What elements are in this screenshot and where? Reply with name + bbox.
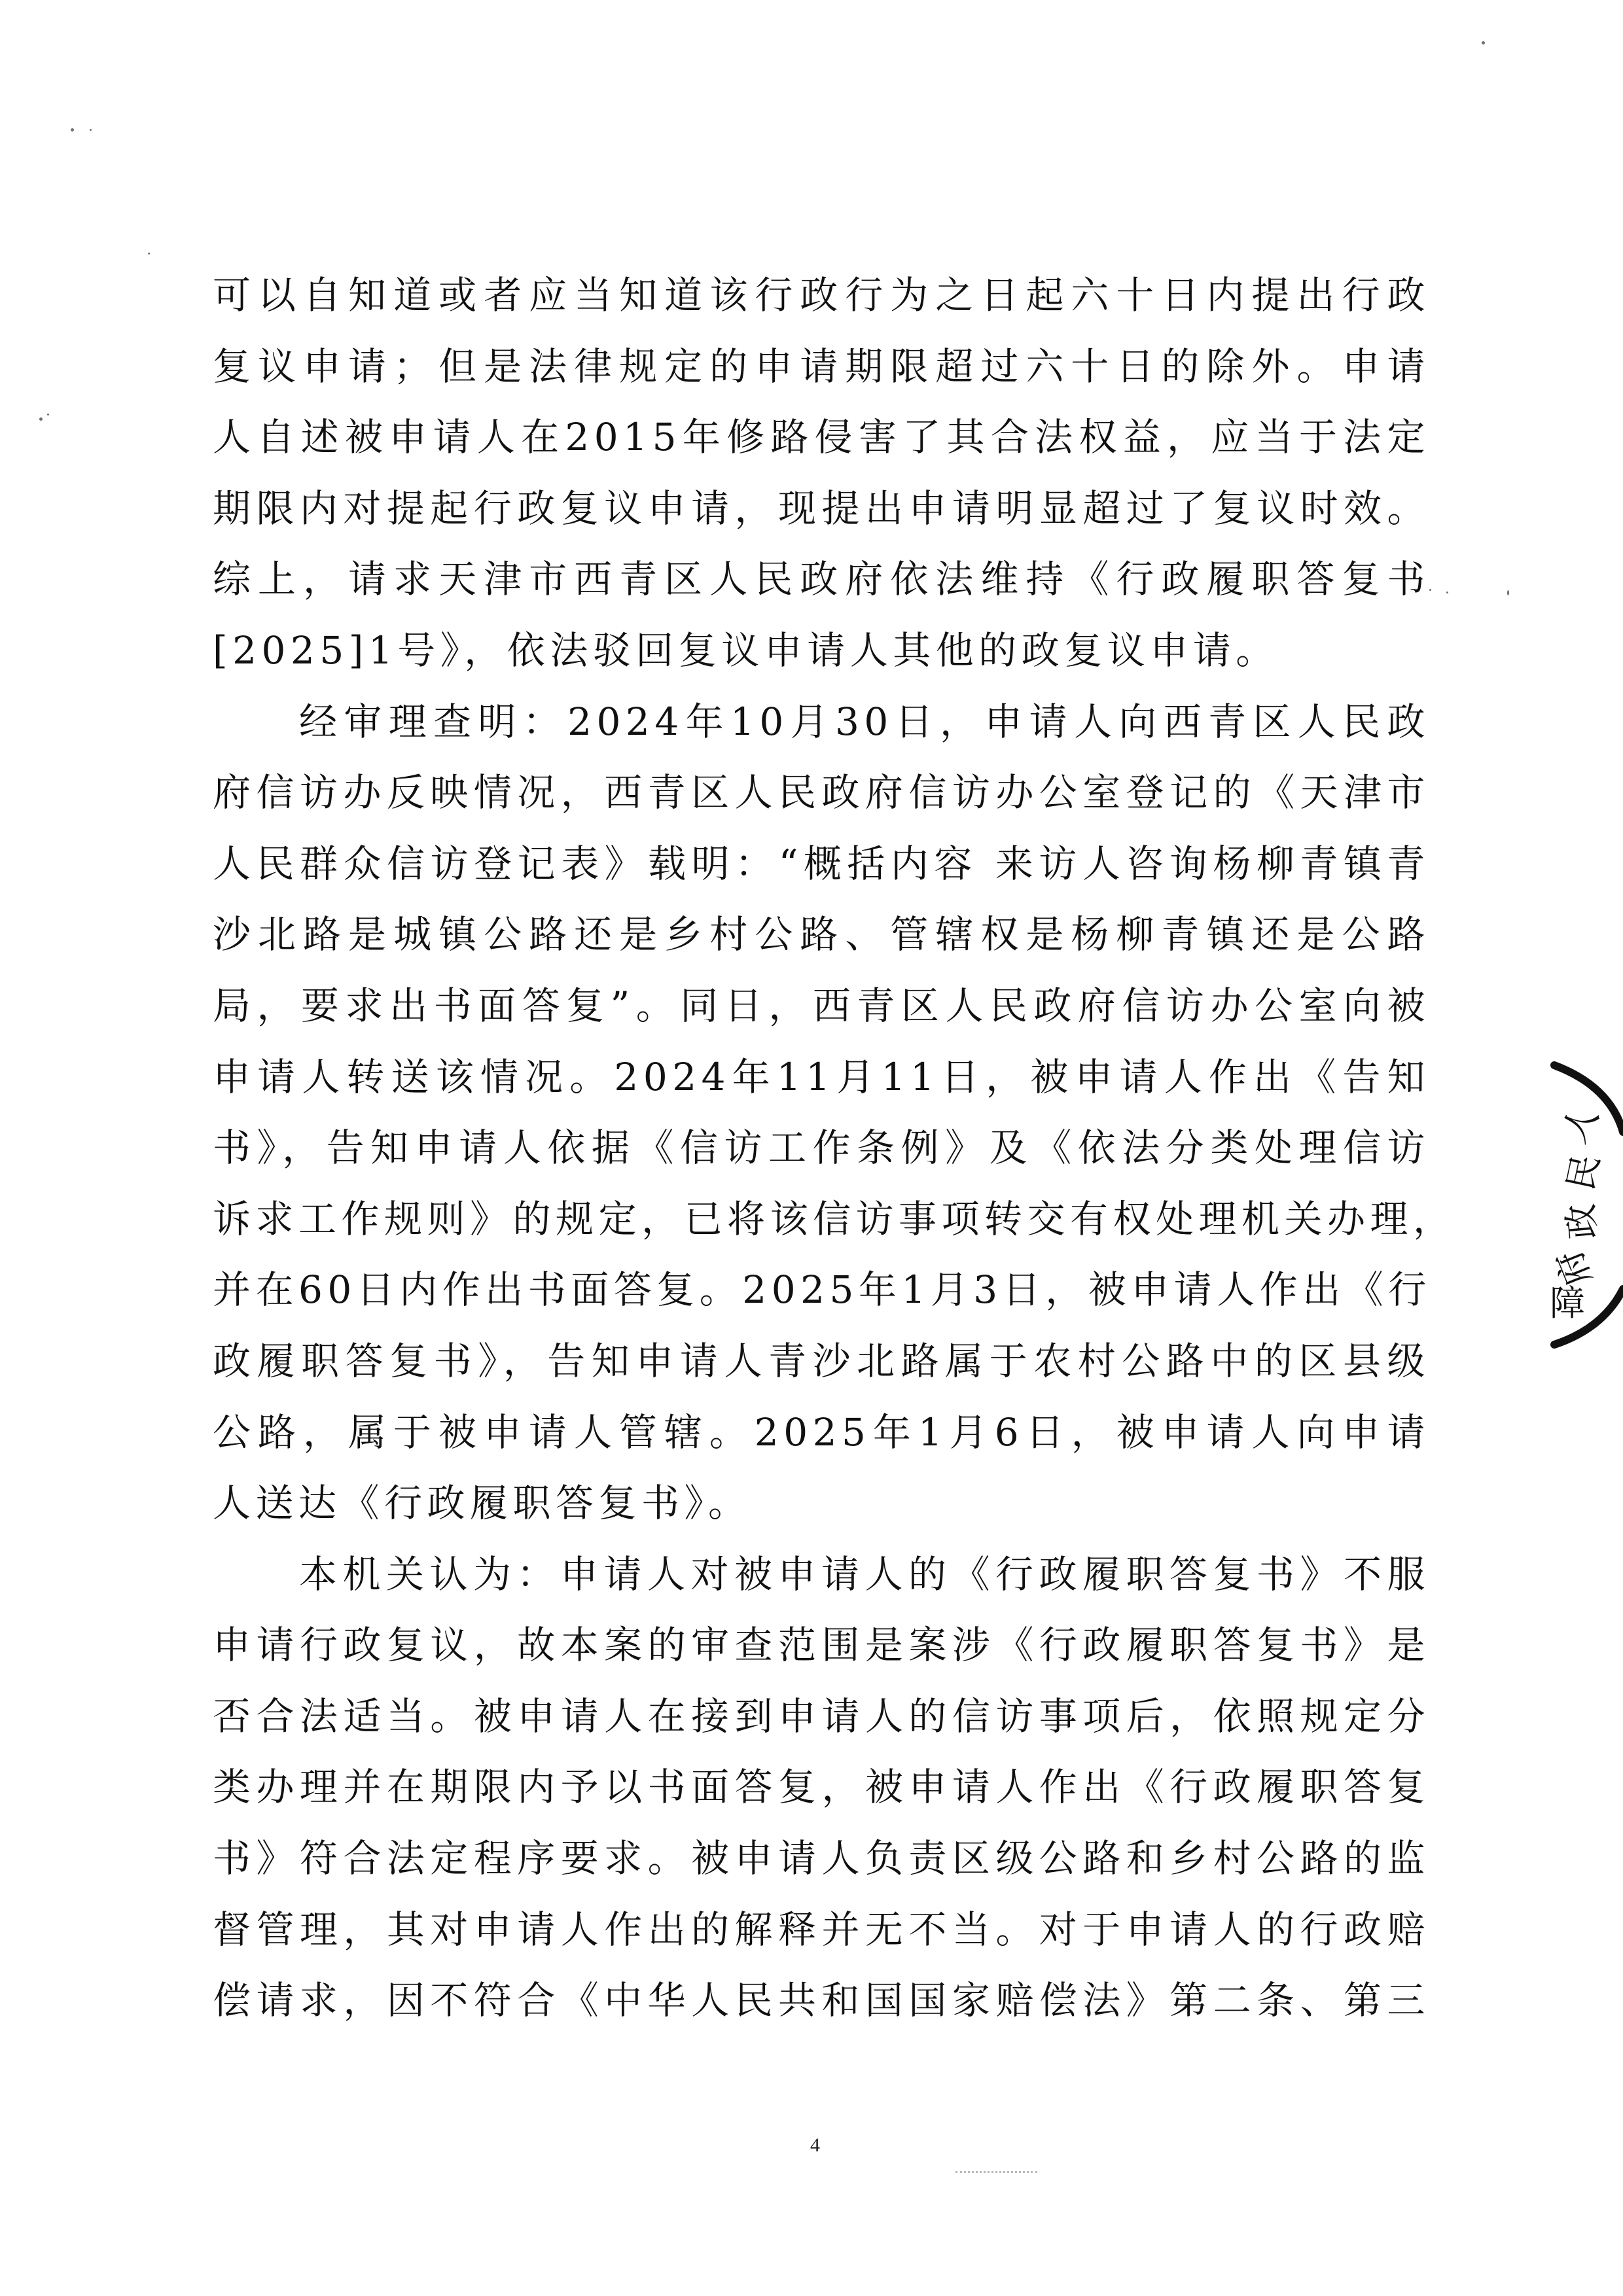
text-line: 人自述被申请人在2015年修路侵害了其合法权益，应当于法定 [213,402,1430,473]
text-line: 督管理，其对申请人作出的解释并无不当。对于申请人的行政赔 [213,1894,1430,1966]
text-line: 偿请求，因不符合《中华人民共和国国家赔偿法》第二条、第三 [213,1965,1430,2036]
scan-speck [1446,592,1448,593]
text-line: 诉求工作规则》的规定，已将该信访事项转交有权处理机关办理， [213,1184,1430,1255]
text-line: 并在60日内作出书面答复。2025年1月3日，被申请人作出《行 [213,1254,1430,1326]
scan-speck [1429,589,1431,591]
scan-artifact [955,2171,1037,2176]
page-number: 4 [810,2134,820,2157]
text-line: 本机关认为：申请人对被申请人的《行政履职答复书》不服 [213,1539,1430,1610]
text-line: [2025]1号》，依法驳回复议申请人其他的政复议申请。 [213,615,1430,686]
scan-speck [71,128,74,132]
text-line: 沙北路是城镇公路还是乡村公路、管辖权是杨柳青镇还是公路 [213,899,1430,970]
text-line: 府信访办反映情况，西青区人民政府信访办公室登记的《天津市 [213,757,1430,828]
seal-char-3: 政 [1560,1202,1603,1241]
text-line: 人送达《行政履职答复书》。 [213,1468,1430,1539]
text-line: 申请行政复议，故本案的审查范围是案涉《行政履职答复书》是 [213,1610,1430,1681]
scan-speck [90,129,92,131]
seal-char-5: 障 [1550,1282,1585,1324]
scan-speck [1507,590,1509,595]
text-line: 综上，请求天津市西青区人民政府依法维持《行政履职答复书 [213,544,1430,615]
text-line: 经审理查明：2024年10月30日，申请人向西青区人民政 [213,686,1430,758]
text-line: 公路，属于被申请人管辖。2025年1月6日，被申请人向申请 [213,1397,1430,1468]
scan-speck [148,253,150,255]
seal-icon: 人 民 政 府 障 [1531,1047,1623,1354]
text-line: 复议申请；但是法律规定的申请期限超过六十日的除外。申请 [213,331,1430,402]
text-line: 期限内对提起行政复议申请，现提出申请明显超过了复议时效。 [213,473,1430,544]
scan-speck [1482,41,1485,44]
text-line: 书》符合法定程序要求。被申请人负责区级公路和乡村公路的监 [213,1823,1430,1894]
scan-speck [39,417,43,421]
text-line: 申请人转送该情况。2024年11月11日，被申请人作出《告知 [213,1042,1430,1113]
document-body: 可以自知道或者应当知道该行政行为之日起六十日内提出行政复议申请；但是法律规定的申… [213,260,1430,2036]
text-line: 书》，告知申请人依据《信访工作条例》及《依法分类处理信访 [213,1112,1430,1184]
seal-char-1: 人 [1554,1099,1607,1149]
text-line: 可以自知道或者应当知道该行政行为之日起六十日内提出行政 [213,260,1430,331]
text-line: 人民群众信访登记表》载明：“概括内容 来访人咨询杨柳青镇青 [213,828,1430,900]
scan-speck [47,414,49,415]
text-line: 否合法适当。被申请人在接到申请人的信访事项后，依照规定分 [213,1681,1430,1752]
text-line: 政履职答复书》，告知申请人青沙北路属于农村公路中的区县级 [213,1326,1430,1397]
text-line: 类办理并在期限内予以书面答复，被申请人作出《行政履职答复 [213,1752,1430,1823]
seal-char-2: 民 [1560,1151,1607,1194]
text-line: 局，要求出书面答复”。同日，西青区人民政府信访办公室向被 [213,970,1430,1042]
official-seal: 人 民 政 府 障 [1531,1047,1623,1354]
document-page: 可以自知道或者应当知道该行政行为之日起六十日内提出行政复议申请；但是法律规定的申… [0,0,1623,2296]
